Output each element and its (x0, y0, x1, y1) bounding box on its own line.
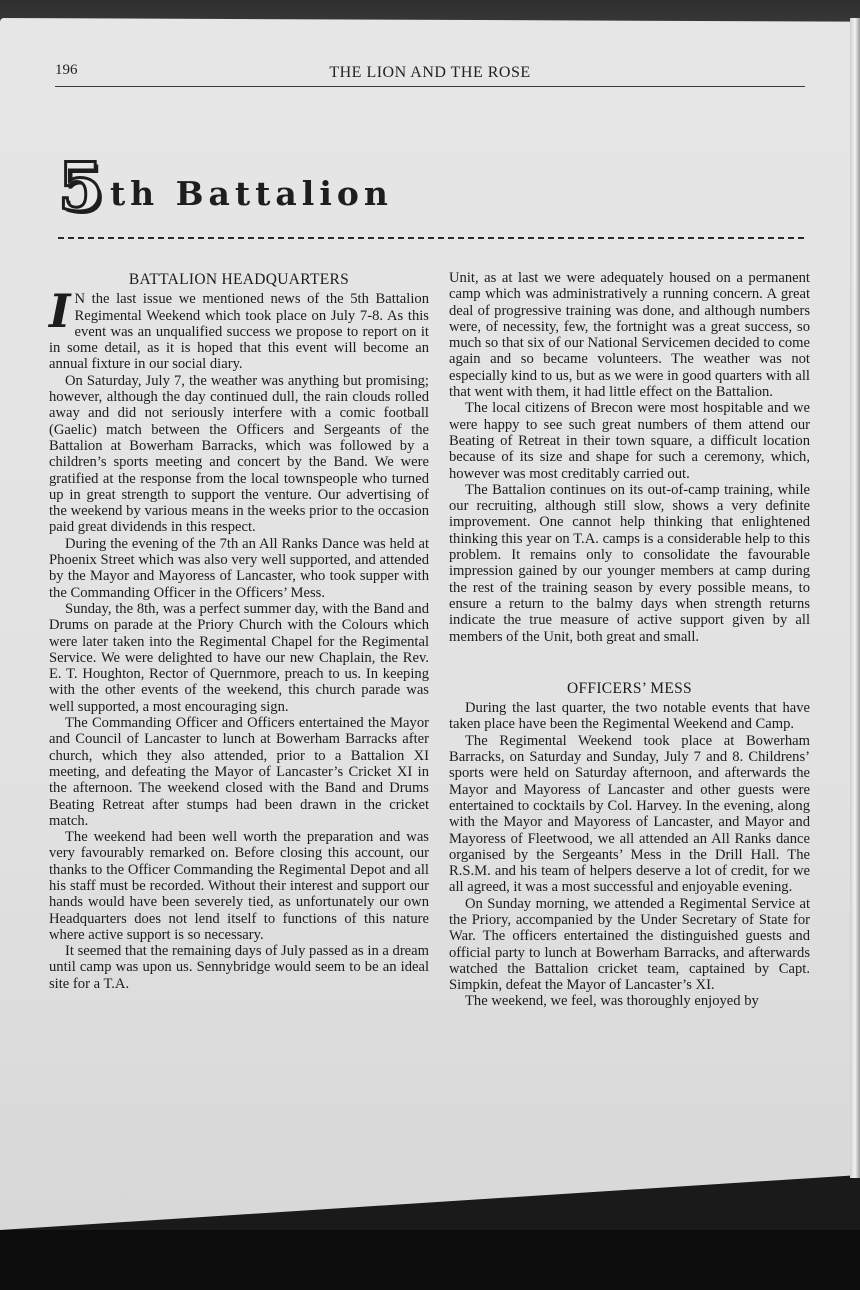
paragraph: It seemed that the remaining days of Jul… (49, 943, 429, 992)
paragraph: The weekend, we feel, was thoroughly enj… (449, 993, 810, 1009)
paragraph: On Sunday morning, we attended a Regimen… (449, 896, 810, 994)
paragraph-text: N the last issue we mentioned news of th… (49, 291, 429, 372)
article-title: 5 th Battalion (58, 140, 393, 220)
paragraph: The weekend had been well worth the prep… (49, 829, 429, 943)
paragraph: On Saturday, July 7, the weather was any… (49, 373, 429, 536)
paragraph: IN the last issue we mentioned news of t… (49, 291, 429, 372)
paragraph-continued: Unit, as at last we were adequately hous… (449, 270, 810, 400)
page-edge (850, 18, 860, 1178)
journal-title: THE LION AND THE ROSE (55, 64, 805, 82)
title-numeral: 5 (58, 154, 104, 220)
title-text: th Battalion (110, 174, 393, 220)
section-spacer (449, 645, 810, 679)
paragraph: Sunday, the 8th, was a perfect summer da… (49, 601, 429, 715)
background-bottom (0, 1230, 860, 1290)
paragraph: During the last quarter, the two notable… (449, 700, 810, 733)
drop-cap: I (49, 293, 71, 329)
paragraph: During the evening of the 7th an All Ran… (49, 536, 429, 601)
section-heading-officers-mess: OFFICERS’ MESS (449, 681, 810, 697)
right-column: Unit, as at last we were adequately hous… (449, 270, 810, 1010)
dashed-divider (58, 237, 804, 239)
left-column: BATTALION HEADQUARTERS IN the last issue… (49, 270, 429, 992)
paragraph: The Commanding Officer and Officers ente… (49, 715, 429, 829)
section-heading-battalion-hq: BATTALION HEADQUARTERS (49, 272, 429, 288)
paragraph: The Regimental Weekend took place at Bow… (449, 733, 810, 896)
paragraph: The local citizens of Brecon were most h… (449, 400, 810, 481)
running-header: 196 THE LION AND THE ROSE (55, 62, 805, 87)
paragraph: The Battalion continues on its out-of-ca… (449, 482, 810, 645)
